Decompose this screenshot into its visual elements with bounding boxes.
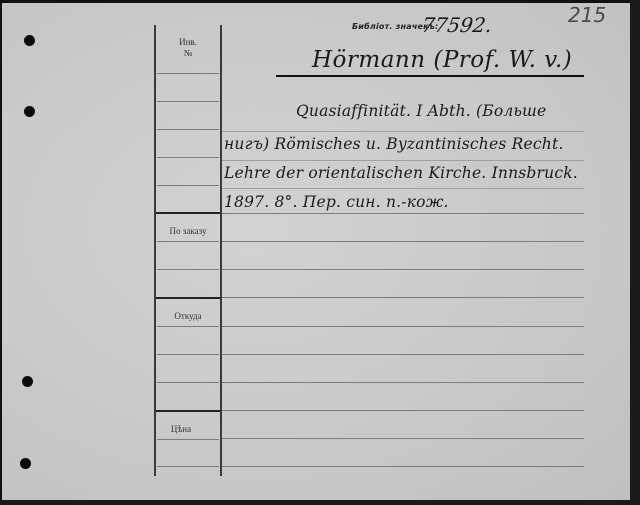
left-column-border	[154, 25, 156, 476]
left-ruled-line	[157, 241, 219, 242]
left-ruled-line	[157, 129, 219, 130]
description-line-2: нигъ) Römisches u. Byzantinisches Recht.	[224, 135, 564, 153]
body-ruled-line	[222, 160, 584, 161]
left-ruled-line	[157, 439, 219, 440]
description-line-1: Quasiaffinität. I Abth. (Больше	[296, 102, 546, 120]
body-ruled-line	[222, 297, 584, 298]
left-ruled-line	[157, 269, 219, 270]
body-ruled-line	[222, 326, 584, 327]
left-ruled-line	[157, 382, 219, 383]
punch-hole-1	[24, 35, 35, 46]
punch-hole-2	[24, 106, 35, 117]
punch-hole-3	[22, 376, 33, 387]
right-column-border	[220, 25, 222, 476]
description-line-4: 1897. 8°. Пер. син. п.-кож.	[224, 193, 449, 211]
left-ruled-line	[157, 73, 219, 74]
inv-label: Инв. №	[156, 37, 220, 59]
body-ruled-line	[222, 269, 584, 270]
body-ruled-line	[222, 438, 584, 439]
author-heading: Hörmann (Prof. W. v.)	[312, 47, 572, 73]
left-ruled-line	[157, 326, 219, 327]
section-divider-price	[156, 410, 220, 412]
section-divider-order	[156, 212, 220, 214]
body-ruled-line	[222, 354, 584, 355]
body-ruled-line	[222, 131, 584, 132]
inv-label-text: Инв.	[156, 37, 220, 48]
description-line-3: Lehre der orientalischen Kirche. Innsbru…	[224, 164, 578, 182]
section-divider-source	[156, 297, 220, 299]
body-ruled-line	[222, 382, 584, 383]
left-ruled-line	[157, 466, 219, 467]
body-ruled-line	[222, 213, 584, 214]
body-ruled-line	[222, 466, 584, 467]
inv-number-sign: №	[156, 48, 220, 59]
call-number: 77592.	[420, 13, 493, 37]
price-label: Цѣна	[156, 424, 206, 435]
body-ruled-line	[222, 241, 584, 242]
page-number: 215	[568, 3, 606, 27]
source-label: Откуда	[156, 311, 220, 322]
body-ruled-line	[222, 410, 584, 411]
author-underline	[276, 75, 584, 77]
catalog-card	[2, 3, 630, 500]
card-edge-bottom	[0, 500, 640, 505]
left-ruled-line	[157, 157, 219, 158]
order-label: По заказу	[156, 226, 220, 237]
punch-hole-4	[20, 458, 31, 469]
card-edge-right	[630, 0, 640, 505]
left-ruled-line	[157, 185, 219, 186]
body-ruled-line	[222, 188, 584, 189]
left-ruled-line	[157, 354, 219, 355]
left-ruled-line	[157, 101, 219, 102]
